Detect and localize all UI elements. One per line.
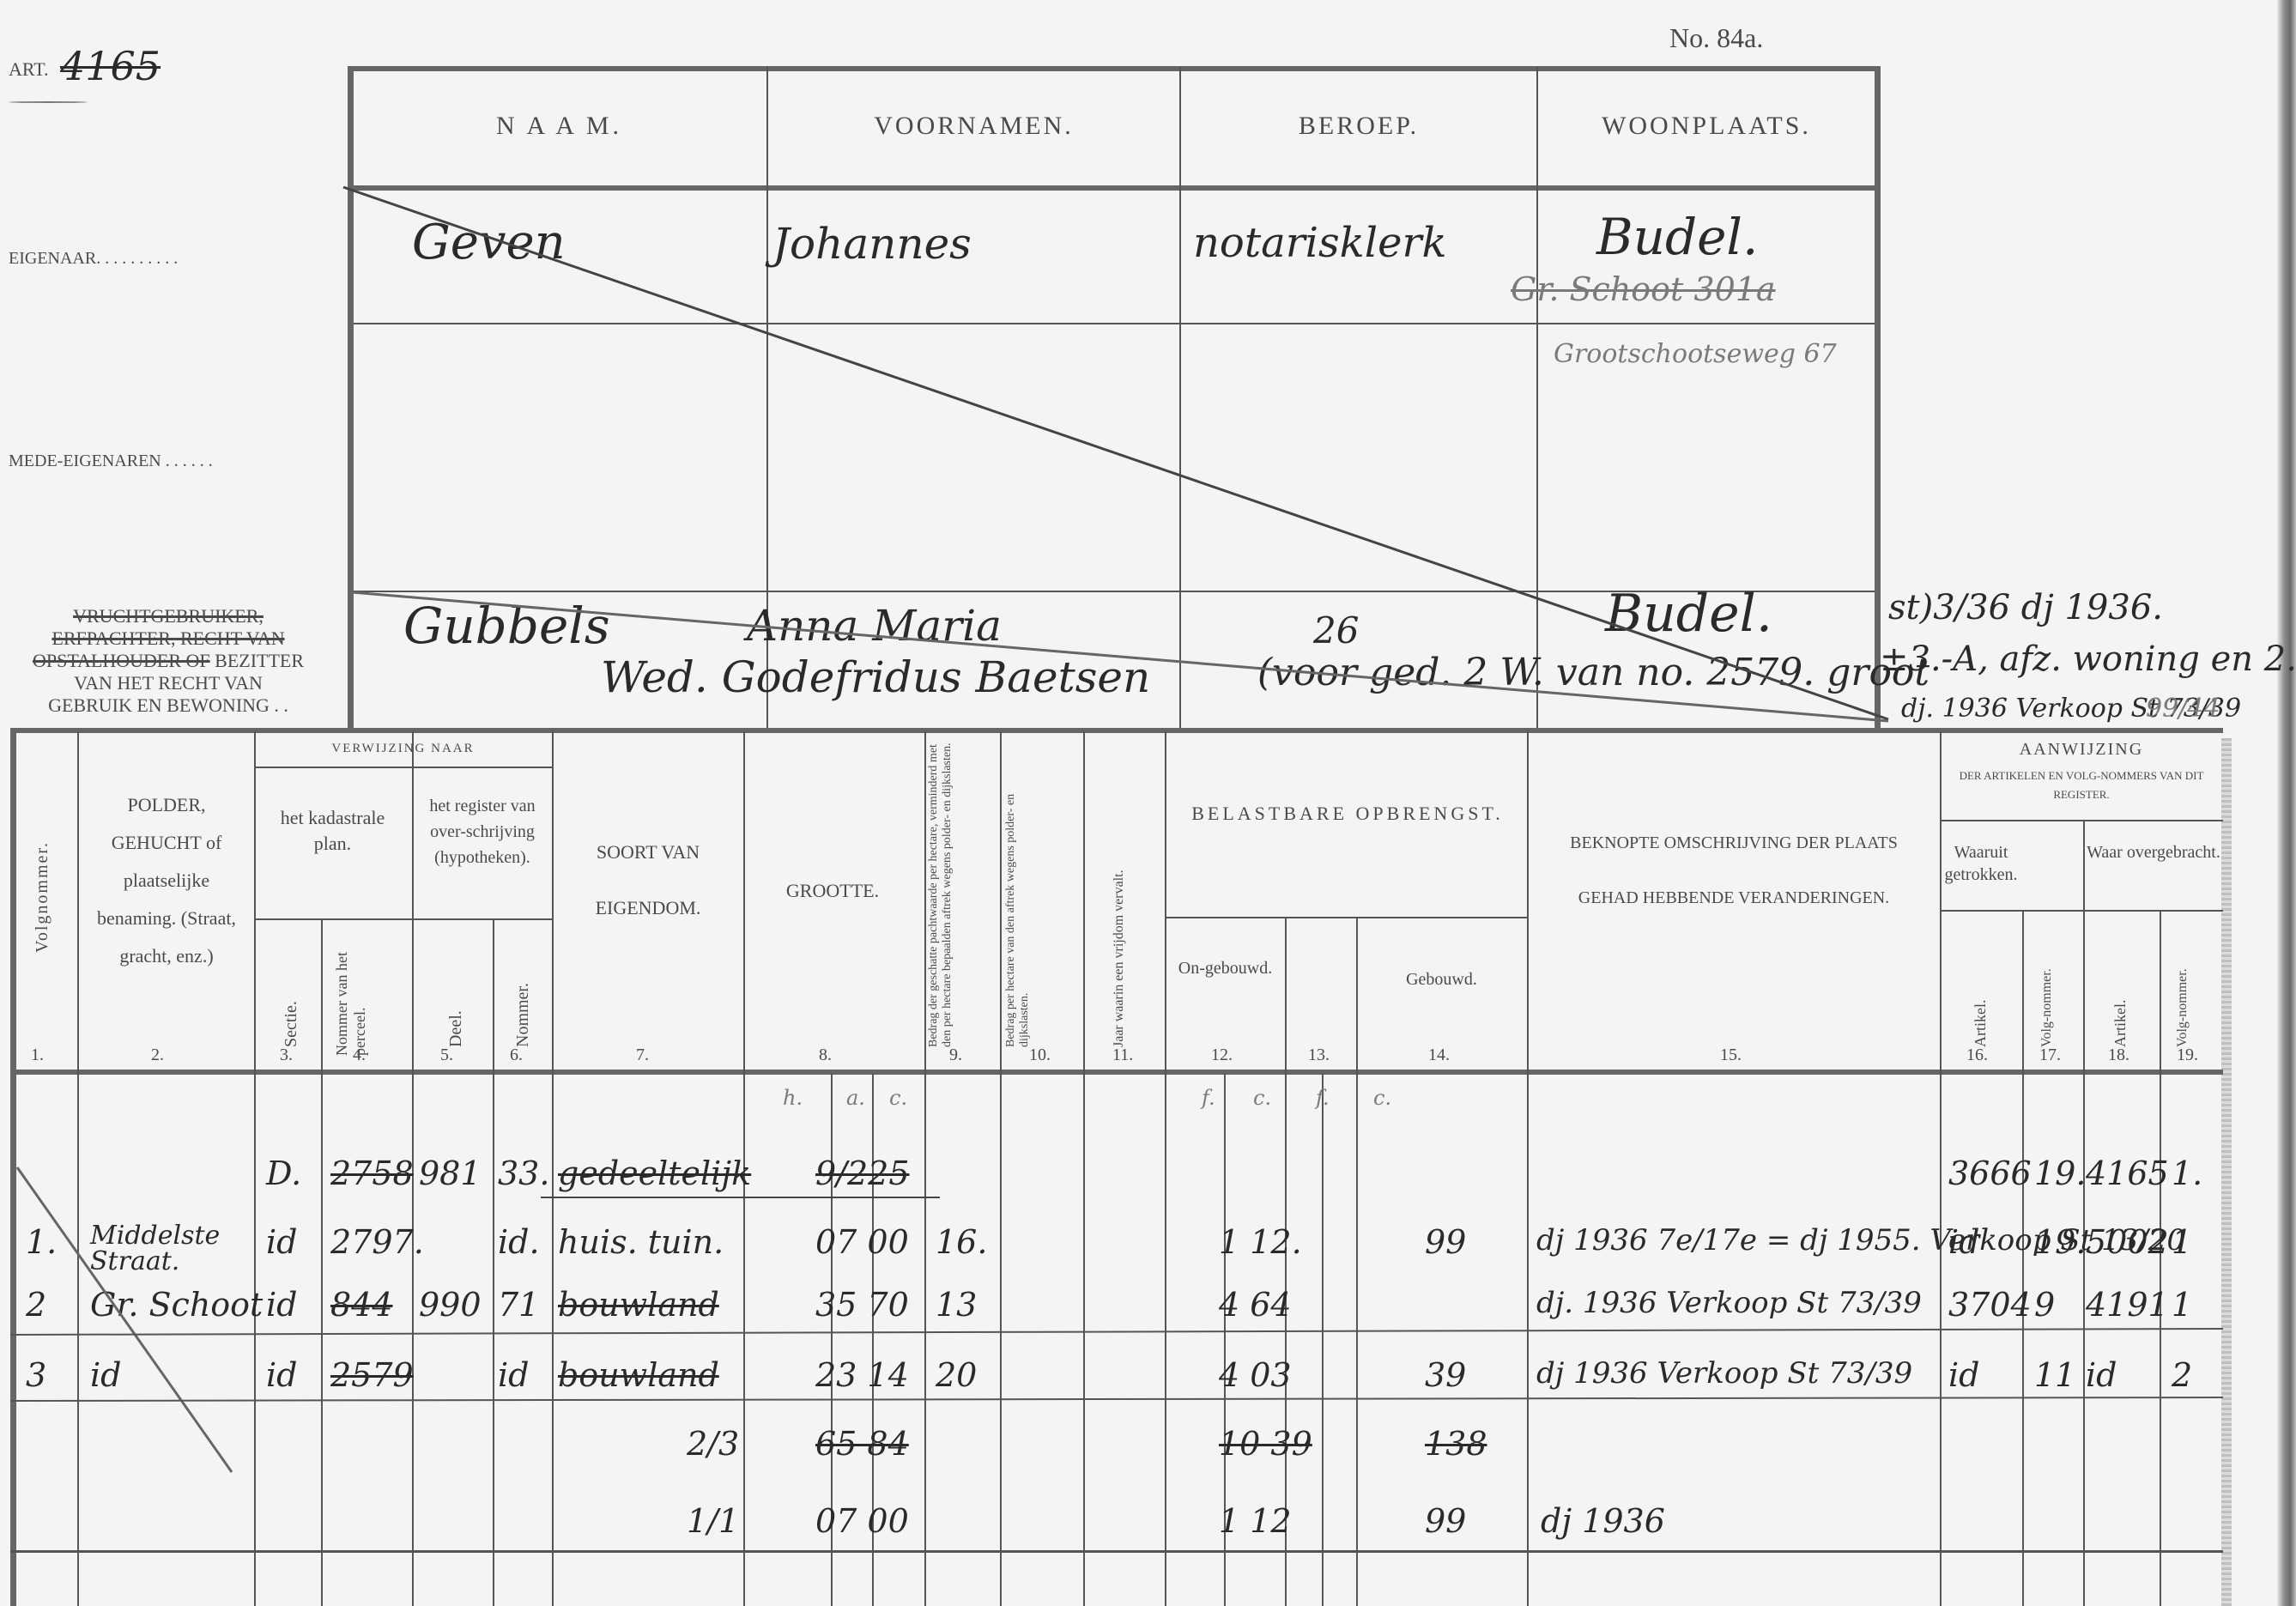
row-0-deel: 981: [419, 1155, 482, 1192]
row-2-volg17: 9: [2034, 1286, 2055, 1324]
row-0-grootte: 9/225: [815, 1155, 910, 1192]
eigenaar-address-struck: Gr. Schoot 301a: [1511, 270, 1776, 308]
col-number-3: 3.: [280, 1045, 293, 1065]
unit-c13: c.: [1373, 1086, 1391, 1110]
art-label: ART.: [9, 58, 49, 81]
row-2-soort: bouwland: [558, 1286, 719, 1324]
header-naam: N A A M.: [352, 112, 766, 141]
eigenaar-address: Grootschootseweg 67: [1554, 339, 1837, 369]
col-10-label: Bedrag per hectare van den aftrek wegens…: [1004, 738, 1078, 1047]
col-number-1: 1.: [31, 1045, 44, 1065]
row-2-art16: 3704: [1948, 1286, 2032, 1324]
row-1-grootte: 07 00: [815, 1223, 909, 1261]
col-5-label: Deel.: [446, 936, 466, 1047]
row-2-volgnr: 2: [26, 1286, 46, 1324]
col-2-label: POLDER, GEHUCHT of plaatselijke benaming…: [82, 786, 251, 975]
row-2-grootte: 35 70: [815, 1286, 909, 1324]
row-2-ongebouwd: 4 64: [1219, 1286, 1292, 1324]
col-number-14: 14.: [1428, 1045, 1450, 1065]
row-3-gebouwd: 39: [1425, 1356, 1466, 1394]
label-bezitter-struck-3: OPSTALHOUDER OF: [33, 650, 210, 671]
row-2-polder: Gr. Schoot: [90, 1286, 263, 1324]
bezitter-line2: Wed. Godefridus Baetsen: [601, 652, 1150, 702]
total-1-gebouwd: 99: [1425, 1502, 1466, 1540]
bezitter-note: (voor ged. 2 W. van no. 2579. groot: [1257, 651, 1929, 694]
row-3-volg17: 11: [2034, 1356, 2075, 1394]
header-waar: Waar overgebracht.: [2086, 841, 2221, 864]
col-4-label: Nommer van het perceel.: [333, 927, 395, 1056]
row-1-art18: 5002: [2086, 1223, 2169, 1261]
col-7-label: SOORT VAN EIGENDOM.: [558, 824, 738, 936]
bezitter-voornamen: Anna Maria: [747, 601, 1002, 651]
row-1-gebouwd: 99: [1425, 1223, 1466, 1261]
eigenaar-beroep: notarisklerk: [1193, 219, 1447, 267]
total-1-ongebouwd: 1 12: [1219, 1502, 1292, 1540]
col-number-2: 2.: [151, 1045, 164, 1065]
unit-a: a.: [846, 1086, 865, 1110]
row-2-c9: 13: [936, 1286, 977, 1324]
header-belastbare: BELASTBARE OPBRENGST.: [1176, 791, 1519, 836]
col-number-10: 10.: [1029, 1045, 1051, 1065]
col-17-label: Volg-nommer.: [2039, 936, 2077, 1047]
row-1-perceel: 2797.: [330, 1223, 424, 1261]
bezitter-note-number: 26: [1313, 609, 1359, 651]
col-11-label: Jaar waarin een vrijdom vervalt.: [1112, 738, 1127, 1047]
row-3-polder: id: [90, 1356, 121, 1394]
header-register: het register van over-schrijving (hypoth…: [415, 793, 549, 870]
col-19-label: Volg-nommer.: [2175, 936, 2213, 1047]
col-9-label: Bedrag der geschatte pachtwaarde per hec…: [927, 738, 997, 1047]
row-2-nommer: 71: [498, 1286, 539, 1324]
col-number-18: 18.: [2108, 1045, 2129, 1065]
page-edge: [2221, 738, 2232, 1606]
header-aanwijzing: AANWIJZING: [1942, 740, 2221, 760]
label-mede-eigenaren: MEDE-EIGENAREN . . . . . .: [9, 451, 213, 471]
row-3-omschrijving: dj 1936 Verkoop St 73/39: [1536, 1356, 1912, 1391]
art-flourish: [9, 101, 88, 103]
col-number-5: 5.: [440, 1045, 453, 1065]
row-1-c9: 16.: [936, 1223, 987, 1261]
row-0-nommer: 33.: [498, 1155, 549, 1192]
col-12-label: On-gebouwd.: [1167, 951, 1283, 985]
sheet-number: No. 84a.: [1669, 22, 1763, 54]
col-14-label: Gebouwd.: [1358, 970, 1525, 990]
total-1-omschrijving: dj 1936: [1541, 1502, 1665, 1540]
row-2-deel: 990: [419, 1286, 482, 1324]
row-3-nommer: id: [498, 1356, 529, 1394]
col-number-9: 9.: [949, 1045, 962, 1065]
row-2-omschrijving: dj. 1936 Verkoop St 73/39: [1536, 1286, 1922, 1320]
row-1-sectie: id: [266, 1223, 297, 1261]
row-1-volg17: 19.: [2034, 1223, 2086, 1261]
row-1-polder: Middelste Straat.: [90, 1223, 245, 1275]
col-number-4: 4.: [353, 1045, 366, 1065]
eigenaar-voornamen: Johannes: [772, 219, 972, 269]
unit-h: h.: [783, 1086, 803, 1110]
header-kadastrale: het kadastrale plan.: [262, 805, 403, 857]
row-3-grootte: 23 14: [815, 1356, 909, 1394]
row-1-soort: huis. tuin.: [558, 1223, 724, 1261]
row-1-volg19: 1: [2172, 1223, 2192, 1261]
header-aanwijzing-sub: DER ARTIKELEN EN VOLG-NOMMERS VAN DIT RE…: [1944, 767, 2219, 804]
header-voornamen: VOORNAMEN.: [768, 112, 1179, 141]
unit-c12: c.: [1253, 1086, 1271, 1110]
unit-c: c.: [889, 1086, 907, 1110]
art-number: 4165: [60, 43, 161, 89]
col-15-label: BEKNOPTE OMSCHRIJVING DER PLAATS GEHAD H…: [1545, 815, 1923, 925]
row-2-volg19: 1: [2172, 1286, 2192, 1324]
row-0-soort: gedeeltelijk: [558, 1155, 751, 1192]
row-1-volgnr: 1.: [26, 1223, 57, 1261]
row-2-perceel: 844: [330, 1286, 393, 1324]
row-1-art16: id: [1948, 1223, 1979, 1261]
col-number-12: 12.: [1211, 1045, 1233, 1065]
row-2-sectie: id: [266, 1286, 297, 1324]
book-binding: [2277, 0, 2296, 1606]
row-0-art18: 4165: [2086, 1155, 2169, 1192]
row-3-perceel: 2579: [330, 1356, 414, 1394]
row-3-c9: 20: [936, 1356, 977, 1394]
col-number-11: 11.: [1112, 1045, 1133, 1065]
total-0-gebouwd: 138: [1425, 1425, 1487, 1463]
col-number-17: 17.: [2039, 1045, 2061, 1065]
margin-note-1: st)3/36 dj 1936.: [1888, 588, 2163, 627]
total-0-ongebouwd: 10 39: [1219, 1425, 1312, 1463]
unit-f13: f.: [1316, 1086, 1330, 1110]
row-3-volgnr: 3: [26, 1356, 46, 1394]
eigenaar-naam: Geven: [412, 215, 566, 270]
label-bezitter-struck-2: ERFPACHTER, RECHT VAN: [0, 627, 336, 650]
col-number-6: 6.: [510, 1045, 523, 1065]
col-number-8: 8.: [819, 1045, 832, 1065]
label-bezitter: VRUCHTGEBRUIKER, ERFPACHTER, RECHT VAN O…: [0, 605, 336, 717]
row-0-sectie: D.: [266, 1155, 301, 1192]
eigenaar-woonplaats: Budel.: [1596, 208, 1758, 266]
bezitter-woonplaats: Budel.: [1605, 584, 1772, 644]
label-bezitter-line4: VAN HET RECHT VAN: [0, 672, 336, 694]
header-waaruit: Waaruit getrokken.: [1942, 841, 2020, 886]
col-number-16: 16.: [1966, 1045, 1988, 1065]
row-1-ongebouwd: 1 12.: [1219, 1223, 1302, 1261]
row-0-art16: 3666: [1948, 1155, 2032, 1192]
total-0-fraction: 2/3: [687, 1425, 739, 1463]
row-3-soort: bouwland: [558, 1356, 719, 1394]
col-1-label: Volgnommer.: [33, 815, 52, 953]
col-8-label: GROOTTE.: [747, 880, 918, 902]
row-3-art16: id: [1948, 1356, 1979, 1394]
header-beroep: BEROEP.: [1181, 112, 1536, 141]
col-16-label: Artikel.: [1972, 936, 1990, 1047]
label-bezitter-rest: BEZITTER: [215, 650, 304, 671]
row-2-art18: 4191: [2086, 1286, 2169, 1324]
col-18-label: Artikel.: [2111, 936, 2129, 1047]
col-number-7: 7.: [636, 1045, 649, 1065]
col-number-19: 19.: [2177, 1045, 2198, 1065]
row-1-nommer: id.: [498, 1223, 540, 1261]
label-bezitter-struck-1: VRUCHTGEBRUIKER,: [0, 605, 336, 627]
row-3-volg19: 2: [2172, 1356, 2192, 1394]
row-0-perceel: 2758: [330, 1155, 414, 1192]
total-0-grootte: 65 84: [815, 1425, 909, 1463]
row-3-sectie: id: [266, 1356, 297, 1394]
header-woonplaats: WOONPLAATS.: [1538, 112, 1875, 141]
header-verwijzing: VERWIJZING NAAR: [254, 742, 552, 756]
row-3-ongebouwd: 4 03: [1219, 1356, 1292, 1394]
margin-note-2: ±3.-A, afz. woning en 2.): [1880, 639, 2296, 679]
col-3-label: Sectie.: [282, 927, 301, 1047]
total-1-fraction: 1/1: [687, 1502, 739, 1540]
unit-f12: f.: [1202, 1086, 1215, 1110]
col-6-label: Nommer.: [513, 936, 533, 1047]
row-3-art18: id: [2086, 1356, 2117, 1394]
total-1-grootte: 07 00: [815, 1502, 909, 1540]
label-eigenaar: EIGENAAR. . . . . . . . . .: [9, 249, 178, 269]
row-0-volg17: 19.: [2034, 1155, 2086, 1192]
label-bezitter-line5: GEBRUIK EN BEWONING . .: [0, 694, 336, 717]
margin-note-3-extra: 99/44: [2146, 694, 2220, 724]
col-number-13: 13.: [1308, 1045, 1330, 1065]
row-0-volg19: 1.: [2172, 1155, 2202, 1192]
col-number-15: 15.: [1720, 1045, 1742, 1065]
bezitter-naam: Gubbels: [403, 597, 610, 655]
